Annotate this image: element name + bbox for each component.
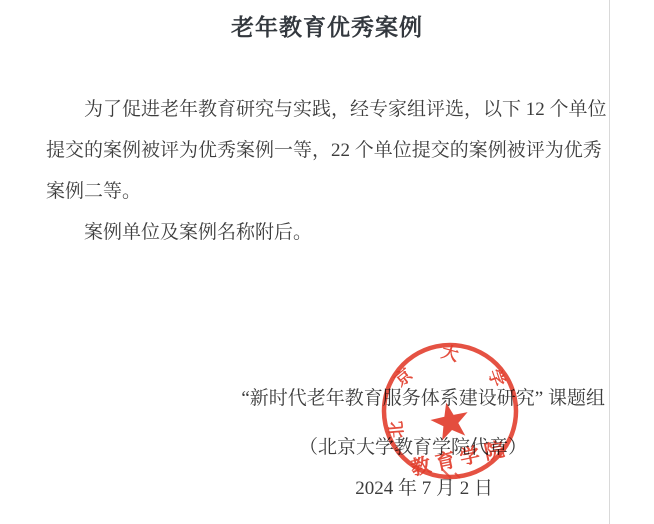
seal-star-icon <box>428 399 473 442</box>
paragraph1-line1: 为了促进老年教育研究与实践，经专家组评选，以下 12 个单位 <box>46 89 609 130</box>
paragraph1-line2: 提交的案例被评为优秀案例一等，22 个单位提交的案例被评为优秀 <box>46 130 609 171</box>
document-title: 老年教育优秀案例 <box>0 9 654 42</box>
document-body: 为了促进老年教育研究与实践，经专家组评选，以下 12 个单位 提交的案例被评为优… <box>46 89 609 253</box>
paragraph1-line3: 案例二等。 <box>46 171 609 212</box>
page-edge-line <box>609 0 610 524</box>
official-seal-stamp: 北京大学 教育学院 <box>360 325 560 495</box>
seal-bottom-text: 教育学院 <box>409 436 512 480</box>
paragraph2: 案例单位及案例名称附后。 <box>46 212 609 253</box>
